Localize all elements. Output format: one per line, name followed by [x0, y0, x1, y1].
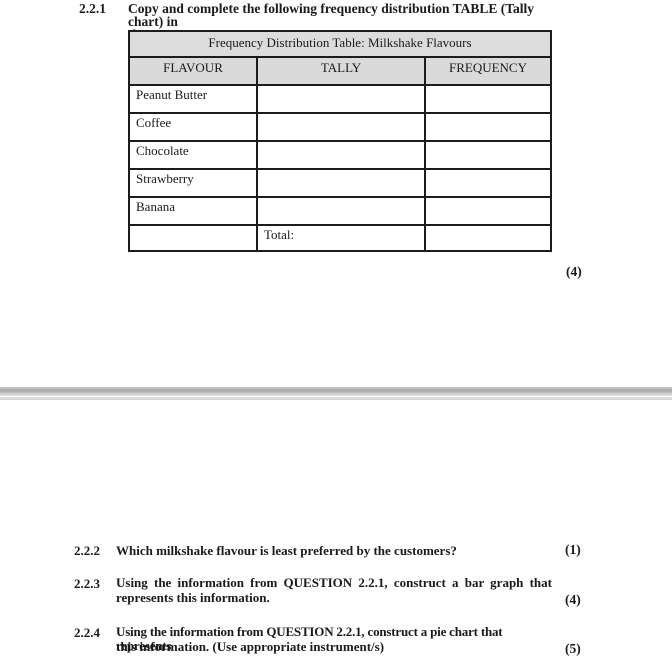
- table-row: Chocolate: [130, 142, 550, 170]
- tally-cell[interactable]: [256, 142, 424, 168]
- header-flavour: FLAVOUR: [130, 58, 256, 84]
- tally-cell[interactable]: [256, 198, 424, 224]
- tally-cell[interactable]: [256, 86, 424, 112]
- marks-2-2-1: (4): [566, 264, 582, 280]
- flavour-cell: Peanut Butter: [130, 86, 256, 112]
- question-number-2-2-1: 2.2.1: [79, 1, 106, 17]
- header-frequency: FREQUENCY: [424, 58, 550, 84]
- frequency-cell[interactable]: [424, 198, 550, 224]
- table-total-row: Total:: [130, 226, 550, 250]
- page-separator: [0, 387, 672, 401]
- question-text-2-2-3-line-2: represents this information.: [116, 591, 270, 605]
- frequency-cell[interactable]: [424, 142, 550, 168]
- header-tally: TALLY: [256, 58, 424, 84]
- question-text-2-2-4-line-2: this information. (Use appropriate instr…: [116, 640, 384, 654]
- question-text-line-1: Copy and complete the following frequenc…: [128, 2, 568, 28]
- frequency-cell[interactable]: [424, 170, 550, 196]
- table-header-row: FLAVOUR TALLY FREQUENCY: [130, 58, 550, 86]
- flavour-cell: Banana: [130, 198, 256, 224]
- question-number-2-2-4: 2.2.4: [74, 626, 100, 640]
- question-number-2-2-2: 2.2.2: [74, 544, 100, 558]
- table-title: Frequency Distribution Table: Milkshake …: [130, 32, 550, 58]
- flavour-cell: Coffee: [130, 114, 256, 140]
- question-number-2-2-3: 2.2.3: [74, 577, 100, 591]
- marks-2-2-2: (1): [565, 542, 581, 558]
- total-label: Total:: [256, 226, 424, 250]
- tally-cell[interactable]: [256, 114, 424, 140]
- frequency-cell[interactable]: [424, 86, 550, 112]
- marks-2-2-4: (5): [565, 641, 581, 657]
- marks-2-2-3: (4): [565, 592, 581, 608]
- table-row: Strawberry: [130, 170, 550, 198]
- frequency-cell[interactable]: [424, 114, 550, 140]
- question-text-2-2-3-line-1: Using the information from QUESTION 2.2.…: [116, 576, 552, 590]
- table-row: Banana: [130, 198, 550, 226]
- question-text-2-2-2: Which milkshake flavour is least preferr…: [116, 544, 556, 558]
- table-row: Coffee: [130, 114, 550, 142]
- frequency-distribution-table: Frequency Distribution Table: Milkshake …: [128, 30, 552, 252]
- table-body: Peanut Butter Coffee Chocolate Strawberr…: [130, 86, 550, 250]
- table-row: Peanut Butter: [130, 86, 550, 114]
- flavour-cell: Chocolate: [130, 142, 256, 168]
- total-frequency-cell[interactable]: [424, 226, 550, 250]
- flavour-cell: Strawberry: [130, 170, 256, 196]
- total-flavour-cell: [130, 226, 256, 250]
- tally-cell[interactable]: [256, 170, 424, 196]
